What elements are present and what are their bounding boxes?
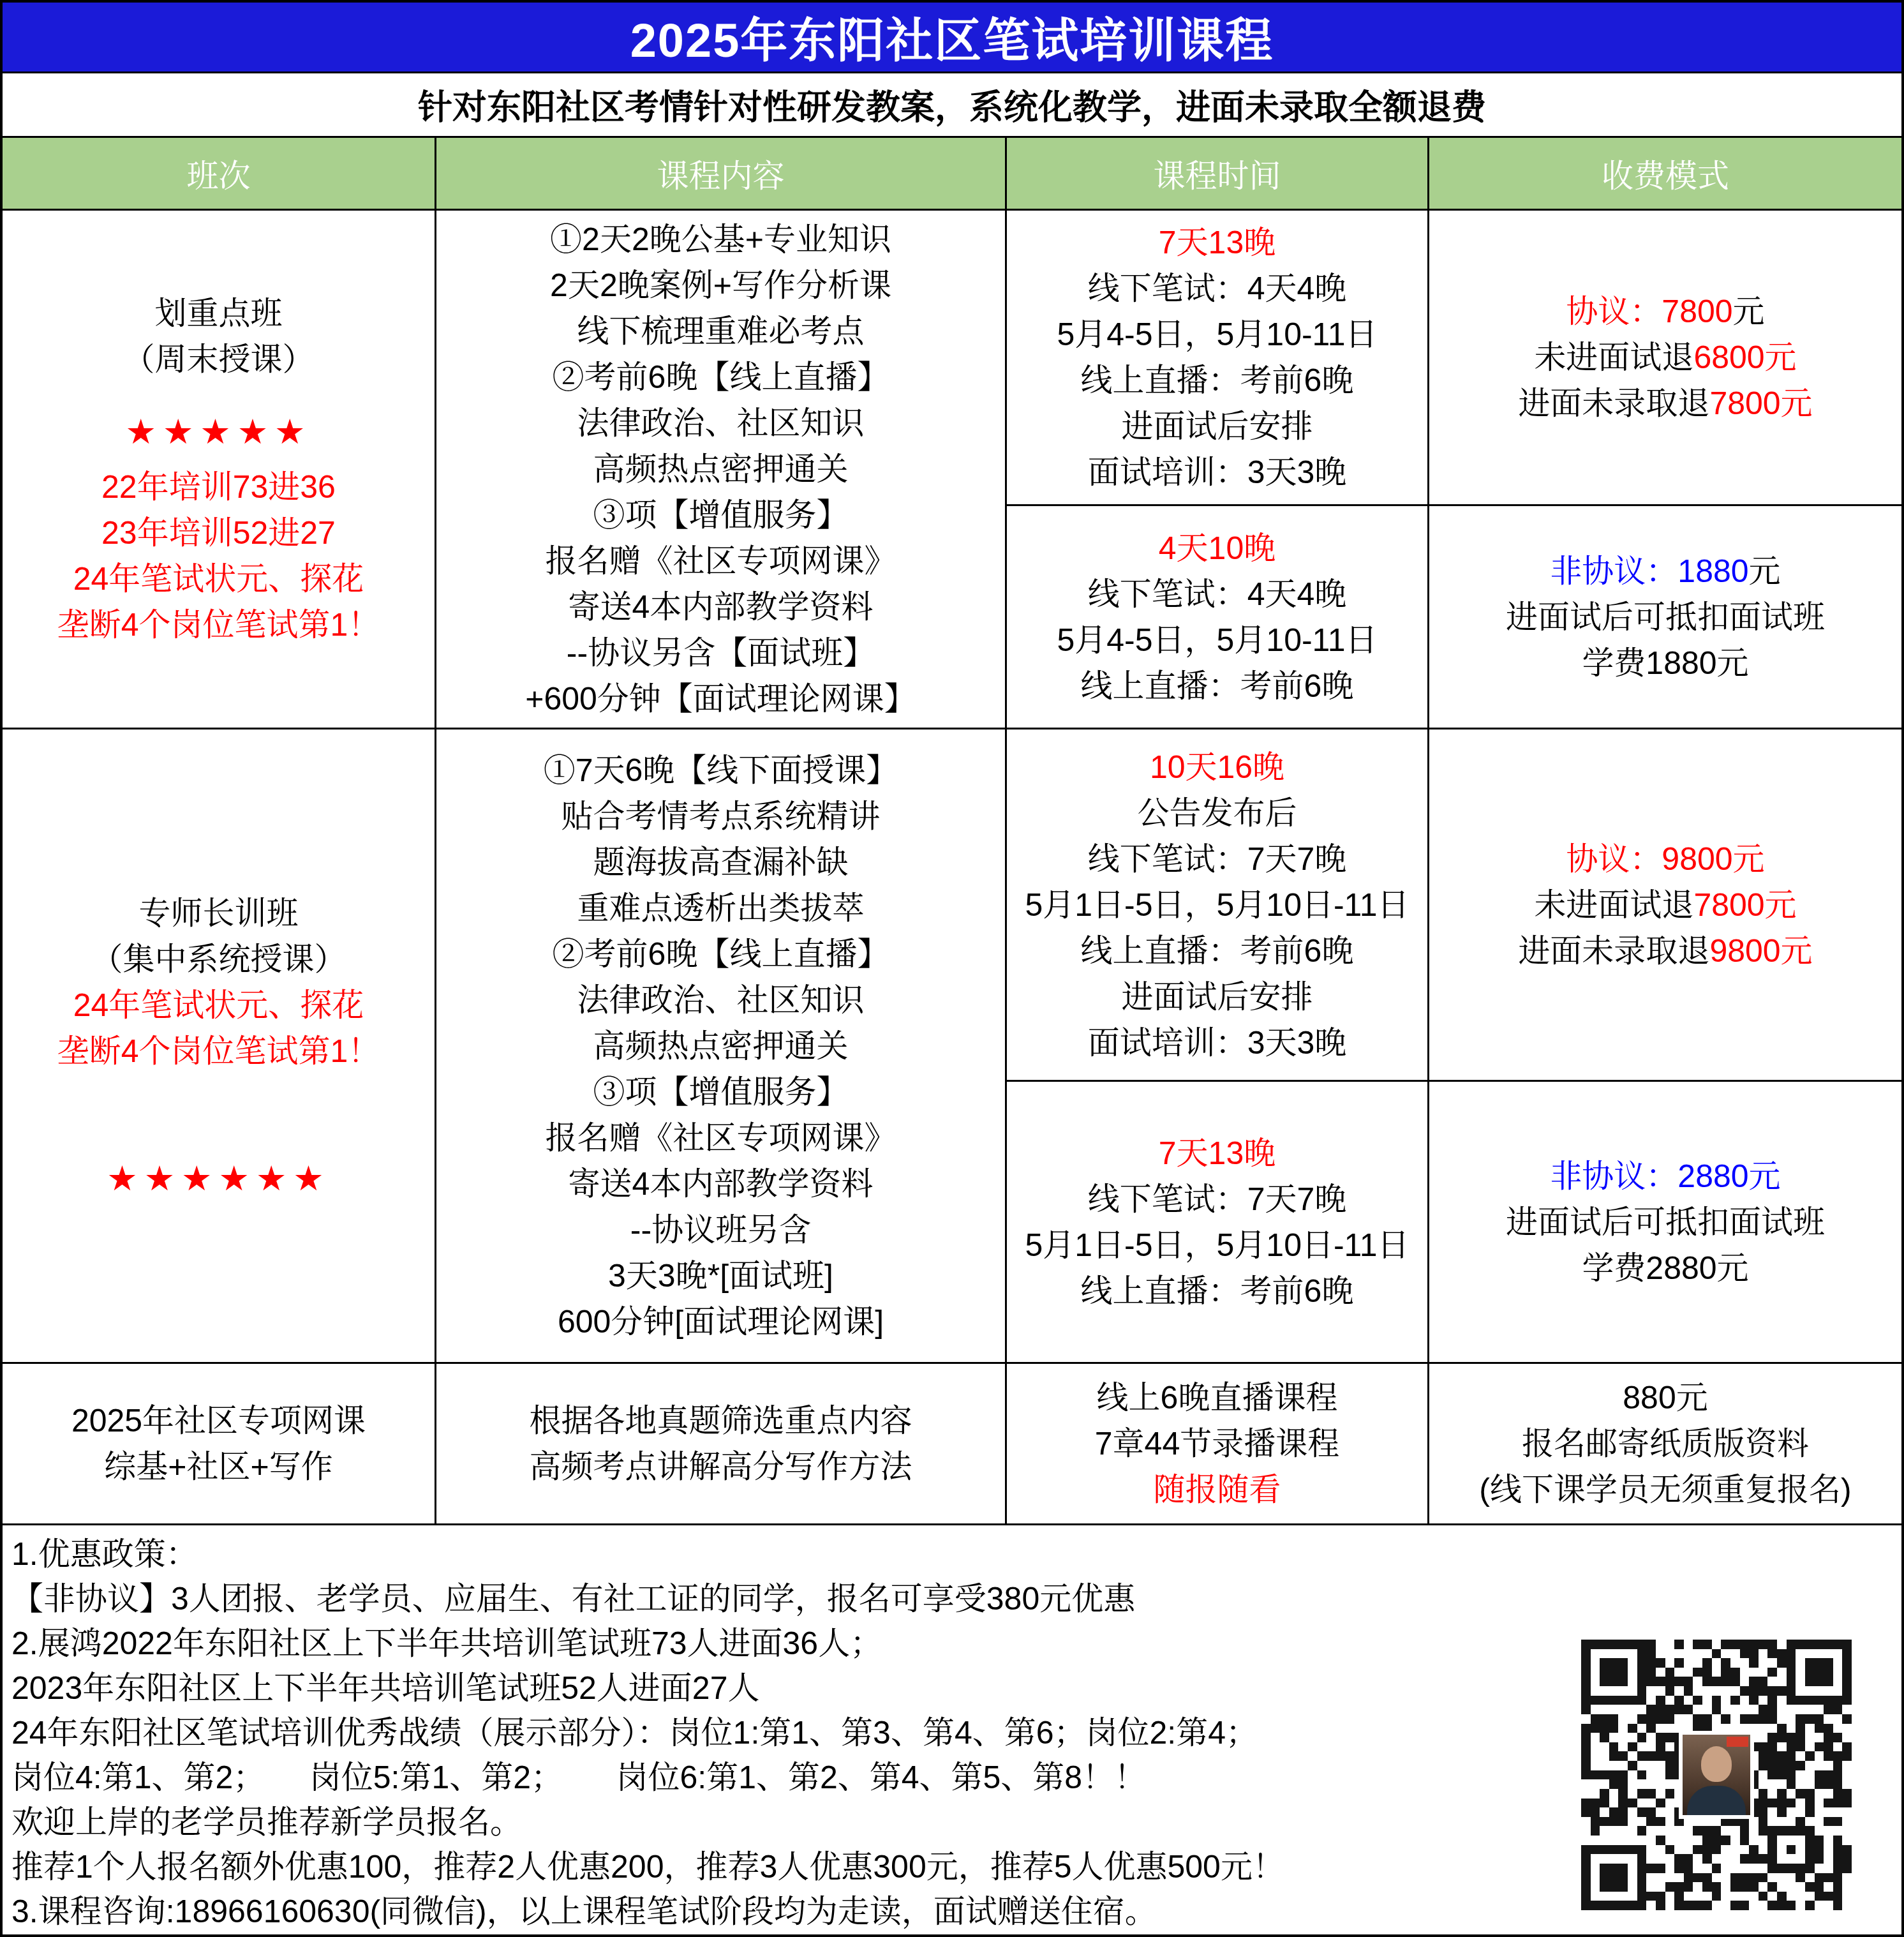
- qr-module: [1777, 1817, 1787, 1827]
- text-line: 进面试后安排: [1122, 974, 1313, 1020]
- qr-module: [1759, 1799, 1768, 1808]
- qr-module: [1618, 1705, 1628, 1714]
- qr-module: [1600, 1724, 1609, 1733]
- qr-module: [1637, 1789, 1647, 1799]
- text-line: 划重点班: [155, 290, 283, 336]
- qr-module: [1787, 1733, 1796, 1742]
- qr-module: [1842, 1649, 1852, 1659]
- qr-module: [1600, 1649, 1609, 1659]
- qr-module: [1796, 1677, 1805, 1686]
- qr-module: [1609, 1686, 1619, 1696]
- qr-module: [1842, 1686, 1852, 1696]
- column-header-class: 班次: [3, 138, 436, 211]
- qr-module: [1609, 1677, 1619, 1686]
- qr-module: [1767, 1696, 1777, 1705]
- qr-module: [1842, 1864, 1852, 1873]
- qr-module: [1591, 1836, 1600, 1845]
- qr-module: [1609, 1696, 1619, 1705]
- qr-module: [1646, 1882, 1656, 1892]
- text-line: 线下笔试：4天4晚: [1088, 265, 1347, 311]
- qr-module: [1815, 1854, 1824, 1864]
- qr-module: [1609, 1658, 1619, 1668]
- qr-module: [1777, 1873, 1787, 1883]
- cell-fee-1a: 协议：7800元未进面试退6800元进面未录取退7800元: [1429, 211, 1901, 506]
- qr-module: [1600, 1854, 1609, 1864]
- qr-module: [1842, 1770, 1852, 1780]
- qr-module: [1646, 1901, 1656, 1910]
- qr-module: [1600, 1761, 1609, 1770]
- qr-module: [1730, 1649, 1740, 1659]
- qr-module: [1824, 1649, 1833, 1659]
- qr-module: [1628, 1668, 1637, 1677]
- qr-module: [1609, 1836, 1619, 1845]
- text-line: 线下梳理重难必考点: [577, 308, 865, 354]
- qr-module: [1618, 1789, 1628, 1799]
- qr-module: [1665, 1854, 1675, 1864]
- text-line: 5月4-5日，5月10-11日: [1057, 311, 1377, 357]
- qr-module: [1767, 1864, 1777, 1873]
- text-line: ①2天2晚公基+专业知识: [550, 216, 891, 262]
- cell-time-3: 线上6晚直播课程7章44节录播课程随报随看: [1007, 1364, 1429, 1525]
- qr-module: [1702, 1714, 1712, 1724]
- qr-module: [1674, 1686, 1684, 1696]
- qr-module: [1618, 1724, 1628, 1733]
- qr-module: [1665, 1686, 1675, 1696]
- qr-module: [1618, 1733, 1628, 1742]
- qr-module: [1693, 1677, 1702, 1686]
- qr-module: [1618, 1658, 1628, 1668]
- qr-photo-face: [1701, 1746, 1732, 1782]
- qr-module: [1712, 1668, 1722, 1677]
- qr-module: [1842, 1640, 1852, 1649]
- qr-module: [1721, 1658, 1730, 1668]
- qr-module: [1600, 1845, 1609, 1855]
- qr-module: [1759, 1751, 1768, 1761]
- qr-module: [1656, 1901, 1665, 1910]
- qr-module: [1591, 1742, 1600, 1752]
- qr-module: [1684, 1705, 1693, 1714]
- qr-module: [1767, 1751, 1777, 1761]
- text-line: 贴合考情考点系统精讲: [562, 793, 881, 839]
- qr-module: [1796, 1882, 1805, 1892]
- qr-module: [1628, 1817, 1637, 1827]
- cell-time-1a: 7天13晚线下笔试：4天4晚5月4-5日，5月10-11日线上直播：考前6晚进面…: [1007, 211, 1429, 506]
- qr-module: [1581, 1658, 1591, 1668]
- qr-module: [1702, 1705, 1712, 1714]
- text-segment: 7800元: [1693, 887, 1796, 923]
- qr-module: [1842, 1751, 1852, 1761]
- qr-module: [1674, 1873, 1684, 1883]
- text-segment: 非协议：1880: [1550, 553, 1748, 589]
- qr-module: [1815, 1686, 1824, 1696]
- qr-module: [1721, 1873, 1730, 1883]
- qr-module: [1787, 1882, 1796, 1892]
- qr-module: [1824, 1854, 1833, 1864]
- qr-module: [1787, 1854, 1796, 1864]
- qr-module: [1693, 1864, 1702, 1873]
- qr-module: [1628, 1826, 1637, 1836]
- qr-module: [1618, 1668, 1628, 1677]
- text-line: ★★★★★★: [107, 1156, 330, 1202]
- text-line: 线上直播：考前6晚: [1081, 357, 1354, 403]
- qr-module: [1665, 1751, 1675, 1761]
- qr-module: [1618, 1873, 1628, 1883]
- qr-module: [1646, 1845, 1656, 1855]
- qr-module: [1815, 1882, 1824, 1892]
- qr-module: [1824, 1696, 1833, 1705]
- cell-class-1: 划重点班（周末授课）★★★★★22年培训73进3623年培训52进2724年笔试…: [3, 211, 436, 729]
- qr-module: [1787, 1668, 1796, 1677]
- qr-module: [1759, 1658, 1768, 1668]
- qr-module: [1730, 1677, 1740, 1686]
- qr-module: [1591, 1770, 1600, 1780]
- qr-module: [1787, 1873, 1796, 1883]
- qr-module: [1665, 1658, 1675, 1668]
- qr-module: [1815, 1817, 1824, 1827]
- qr-module: [1674, 1845, 1684, 1855]
- qr-module: [1759, 1649, 1768, 1659]
- qr-module: [1618, 1892, 1628, 1901]
- qr-module: [1637, 1854, 1647, 1864]
- qr-module: [1591, 1733, 1600, 1742]
- qr-module: [1656, 1817, 1665, 1827]
- qr-module: [1581, 1705, 1591, 1714]
- qr-module: [1637, 1677, 1647, 1686]
- qr-module: [1637, 1826, 1647, 1836]
- qr-module: [1842, 1901, 1852, 1910]
- qr-module: [1777, 1742, 1787, 1752]
- qr-module: [1759, 1836, 1768, 1845]
- qr-module: [1740, 1668, 1750, 1677]
- qr-module: [1712, 1864, 1722, 1873]
- qr-module: [1591, 1724, 1600, 1733]
- qr-module: [1581, 1761, 1591, 1770]
- qr-module: [1833, 1686, 1843, 1696]
- qr-module: [1767, 1668, 1777, 1677]
- qr-module: [1581, 1854, 1591, 1864]
- text-line: 线上直播：考前6晚: [1081, 928, 1354, 974]
- qr-module: [1656, 1845, 1665, 1855]
- qr-module: [1767, 1770, 1777, 1780]
- text-line: 题海拔高查漏补缺: [593, 839, 849, 885]
- qr-module: [1637, 1705, 1647, 1714]
- qr-module: [1842, 1854, 1852, 1864]
- qr-module: [1600, 1882, 1609, 1892]
- text-line: 7天13晚: [1159, 220, 1276, 265]
- qr-module: [1759, 1733, 1768, 1742]
- qr-module: [1805, 1789, 1815, 1799]
- course-table: 班次 课程内容 课程时间 收费模式 划重点班（周末授课）★★★★★22年培训73…: [3, 138, 1901, 1525]
- text-line: 线下笔试：7天7晚: [1088, 1176, 1347, 1222]
- qr-module: [1759, 1845, 1768, 1855]
- qr-module: [1777, 1649, 1787, 1659]
- qr-module: [1824, 1770, 1833, 1780]
- qr-module: [1637, 1901, 1647, 1910]
- qr-module: [1824, 1845, 1833, 1855]
- qr-module: [1749, 1658, 1759, 1668]
- qr-module: [1684, 1864, 1693, 1873]
- qr-module: [1712, 1836, 1722, 1845]
- qr-module: [1591, 1640, 1600, 1649]
- qr-module: [1600, 1789, 1609, 1799]
- text-line: 非协议：2880元: [1550, 1153, 1780, 1199]
- text-line: 垄断4个岗位笔试第1！: [57, 1028, 380, 1074]
- qr-module: [1646, 1864, 1656, 1873]
- qr-module: [1767, 1714, 1777, 1724]
- qr-module: [1591, 1901, 1600, 1910]
- qr-module: [1796, 1854, 1805, 1864]
- qr-module: [1609, 1845, 1619, 1855]
- qr-module: [1787, 1864, 1796, 1873]
- text-line: 24年笔试状元、探花: [73, 556, 364, 602]
- qr-module: [1842, 1714, 1852, 1724]
- qr-module: [1684, 1873, 1693, 1883]
- qr-center-photo: [1679, 1731, 1754, 1819]
- qr-module: [1674, 1882, 1684, 1892]
- cell-fee-2a: 协议：9800元未进面试退7800元进面未录取退9800元: [1429, 729, 1901, 1082]
- qr-module: [1842, 1892, 1852, 1901]
- qr-module: [1618, 1696, 1628, 1705]
- qr-module: [1767, 1658, 1777, 1668]
- qr-module: [1749, 1649, 1759, 1659]
- qr-module: [1833, 1742, 1843, 1752]
- qr-module: [1665, 1705, 1675, 1714]
- qr-module: [1637, 1864, 1647, 1873]
- qr-module: [1693, 1836, 1702, 1845]
- qr-module: [1712, 1677, 1722, 1686]
- qr-module: [1833, 1714, 1843, 1724]
- qr-module: [1600, 1807, 1609, 1817]
- qr-module: [1721, 1696, 1730, 1705]
- qr-module: [1581, 1845, 1591, 1855]
- qr-module: [1656, 1789, 1665, 1799]
- qr-module: [1665, 1696, 1675, 1705]
- qr-module: [1824, 1799, 1833, 1808]
- qr-module: [1730, 1882, 1740, 1892]
- qr-module: [1815, 1705, 1824, 1714]
- qr-module: [1759, 1864, 1768, 1873]
- qr-module: [1842, 1817, 1852, 1827]
- qr-module: [1637, 1807, 1647, 1817]
- qr-module: [1721, 1864, 1730, 1873]
- qr-module: [1581, 1640, 1591, 1649]
- qr-module: [1815, 1799, 1824, 1808]
- qr-module: [1591, 1892, 1600, 1901]
- subtitle-bar: 针对东阳社区考情针对性研发教案，系统化教学，进面未录取全额退费: [3, 73, 1901, 138]
- qr-module: [1646, 1705, 1656, 1714]
- qr-module: [1767, 1742, 1777, 1752]
- qr-module: [1693, 1696, 1702, 1705]
- qr-module: [1777, 1696, 1787, 1705]
- qr-module: [1628, 1696, 1637, 1705]
- qr-module: [1787, 1751, 1796, 1761]
- qr-module: [1665, 1649, 1675, 1659]
- qr-module: [1721, 1882, 1730, 1892]
- qr-module: [1787, 1901, 1796, 1910]
- text-line: 协议：7800元: [1566, 288, 1764, 334]
- qr-module: [1674, 1668, 1684, 1677]
- qr-module: [1656, 1686, 1665, 1696]
- qr-module: [1628, 1733, 1637, 1742]
- cell-time-2b: 7天13晚线下笔试：7天7晚5月1日-5日，5月10日-11日线上直播：考前6晚: [1007, 1082, 1429, 1364]
- qr-module: [1628, 1864, 1637, 1873]
- qr-module: [1628, 1686, 1637, 1696]
- qr-module: [1759, 1779, 1768, 1789]
- qr-module: [1684, 1658, 1693, 1668]
- qr-module: [1842, 1658, 1852, 1668]
- qr-module: [1833, 1799, 1843, 1808]
- text-line: 5月1日-5日，5月10日-11日: [1025, 882, 1409, 928]
- qr-module: [1712, 1686, 1722, 1696]
- text-line: 面试培训：3天3晚: [1088, 449, 1347, 495]
- text-line: 进面试后可抵扣面试班: [1506, 1199, 1825, 1245]
- qr-module: [1600, 1892, 1609, 1901]
- qr-module: [1721, 1640, 1730, 1649]
- qr-module: [1842, 1807, 1852, 1817]
- qr-module: [1777, 1836, 1787, 1845]
- qr-module: [1833, 1845, 1843, 1855]
- text-segment: 进面未录取退: [1518, 385, 1709, 421]
- qr-module: [1581, 1668, 1591, 1677]
- qr-module: [1777, 1799, 1787, 1808]
- text-line: +600分钟【面试理论网课】: [525, 676, 916, 722]
- qr-module: [1787, 1649, 1796, 1659]
- qr-module: [1721, 1705, 1730, 1714]
- qr-module: [1833, 1789, 1843, 1799]
- qr-module: [1787, 1761, 1796, 1770]
- qr-module: [1805, 1677, 1815, 1686]
- qr-module: [1600, 1817, 1609, 1827]
- qr-module: [1787, 1640, 1796, 1649]
- page-subtitle: 针对东阳社区考情针对性研发教案，系统化教学，进面未录取全额退费: [418, 80, 1486, 130]
- qr-module: [1618, 1714, 1628, 1724]
- qr-module: [1646, 1668, 1656, 1677]
- qr-module: [1815, 1668, 1824, 1677]
- qr-module: [1591, 1779, 1600, 1789]
- qr-module: [1796, 1714, 1805, 1724]
- qr-module: [1665, 1873, 1675, 1883]
- qr-module: [1656, 1807, 1665, 1817]
- qr-module: [1646, 1807, 1656, 1817]
- qr-module: [1721, 1836, 1730, 1845]
- qr-module: [1730, 1668, 1740, 1677]
- text-segment: 未进面试退: [1534, 340, 1693, 375]
- qr-module: [1815, 1649, 1824, 1659]
- qr-module: [1609, 1649, 1619, 1659]
- qr-module: [1693, 1705, 1702, 1714]
- qr-module: [1637, 1817, 1647, 1827]
- qr-module: [1693, 1686, 1702, 1696]
- qr-module: [1824, 1714, 1833, 1724]
- qr-module: [1600, 1826, 1609, 1836]
- qr-module: [1684, 1640, 1693, 1649]
- qr-module: [1796, 1668, 1805, 1677]
- qr-module: [1656, 1779, 1665, 1789]
- qr-module: [1702, 1901, 1712, 1910]
- qr-module: [1591, 1677, 1600, 1686]
- qr-module: [1730, 1836, 1740, 1845]
- qr-module: [1805, 1761, 1815, 1770]
- qr-module: [1767, 1649, 1777, 1659]
- qr-module: [1665, 1761, 1675, 1770]
- qr-module: [1637, 1836, 1647, 1845]
- qr-module: [1767, 1882, 1777, 1892]
- qr-module: [1618, 1779, 1628, 1789]
- qr-module: [1646, 1677, 1656, 1686]
- qr-module: [1777, 1668, 1787, 1677]
- text-line: --协议另含【面试班】: [567, 630, 875, 676]
- qr-module: [1796, 1845, 1805, 1855]
- qr-module: [1730, 1854, 1740, 1864]
- qr-module: [1609, 1733, 1619, 1742]
- qr-module: [1618, 1864, 1628, 1873]
- qr-module: [1787, 1724, 1796, 1733]
- qr-module: [1656, 1799, 1665, 1808]
- qr-module: [1609, 1714, 1619, 1724]
- qr-module: [1833, 1826, 1843, 1836]
- qr-module: [1646, 1733, 1656, 1742]
- qr-module: [1805, 1686, 1815, 1696]
- qr-module: [1656, 1826, 1665, 1836]
- qr-module: [1759, 1724, 1768, 1733]
- text-line: 寄送4本内部教学资料: [569, 584, 874, 630]
- qr-module: [1674, 1826, 1684, 1836]
- qr-module: [1712, 1892, 1722, 1901]
- qr-module: [1842, 1677, 1852, 1686]
- qr-module: [1591, 1761, 1600, 1770]
- qr-module: [1721, 1854, 1730, 1864]
- course-table-poster: 2025年东阳社区笔试培训课程 针对东阳社区考情针对性研发教案，系统化教学，进面…: [0, 0, 1904, 1937]
- qr-module: [1702, 1677, 1712, 1686]
- text-line: 线下笔试：7天7晚: [1088, 836, 1347, 882]
- qr-module: [1833, 1733, 1843, 1742]
- qr-module: [1637, 1770, 1647, 1780]
- qr-module: [1842, 1779, 1852, 1789]
- cell-fee-2b: 非协议：2880元进面试后可抵扣面试班学费2880元: [1429, 1082, 1901, 1364]
- qr-module: [1581, 1649, 1591, 1659]
- qr-module: [1646, 1779, 1656, 1789]
- qr-module: [1833, 1864, 1843, 1873]
- qr-module: [1628, 1779, 1637, 1789]
- qr-module: [1693, 1873, 1702, 1883]
- text-line: （集中系统授课）: [91, 936, 346, 982]
- qr-module: [1805, 1724, 1815, 1733]
- qr-module: [1693, 1901, 1702, 1910]
- qr-module: [1702, 1668, 1712, 1677]
- qr-module: [1674, 1658, 1684, 1668]
- qr-module: [1805, 1807, 1815, 1817]
- qr-module: [1702, 1836, 1712, 1845]
- qr-module: [1796, 1770, 1805, 1780]
- qr-module: [1656, 1770, 1665, 1780]
- qr-module: [1767, 1677, 1777, 1686]
- qr-module: [1609, 1705, 1619, 1714]
- qr-module: [1759, 1901, 1768, 1910]
- qr-module: [1637, 1742, 1647, 1752]
- qr-module: [1600, 1864, 1609, 1873]
- text-segment: 6800元: [1693, 340, 1796, 375]
- qr-module: [1740, 1845, 1750, 1855]
- qr-module: [1749, 1696, 1759, 1705]
- qr-module: [1796, 1658, 1805, 1668]
- text-line: 综基+社区+写作: [104, 1444, 332, 1490]
- qr-module: [1730, 1640, 1740, 1649]
- text-line: 报名赠《社区专项网课》: [546, 1115, 896, 1161]
- text-line: 24年笔试状元、探花: [73, 982, 364, 1028]
- qr-module: [1646, 1742, 1656, 1752]
- qr-module: [1824, 1742, 1833, 1752]
- qr-module: [1721, 1892, 1730, 1901]
